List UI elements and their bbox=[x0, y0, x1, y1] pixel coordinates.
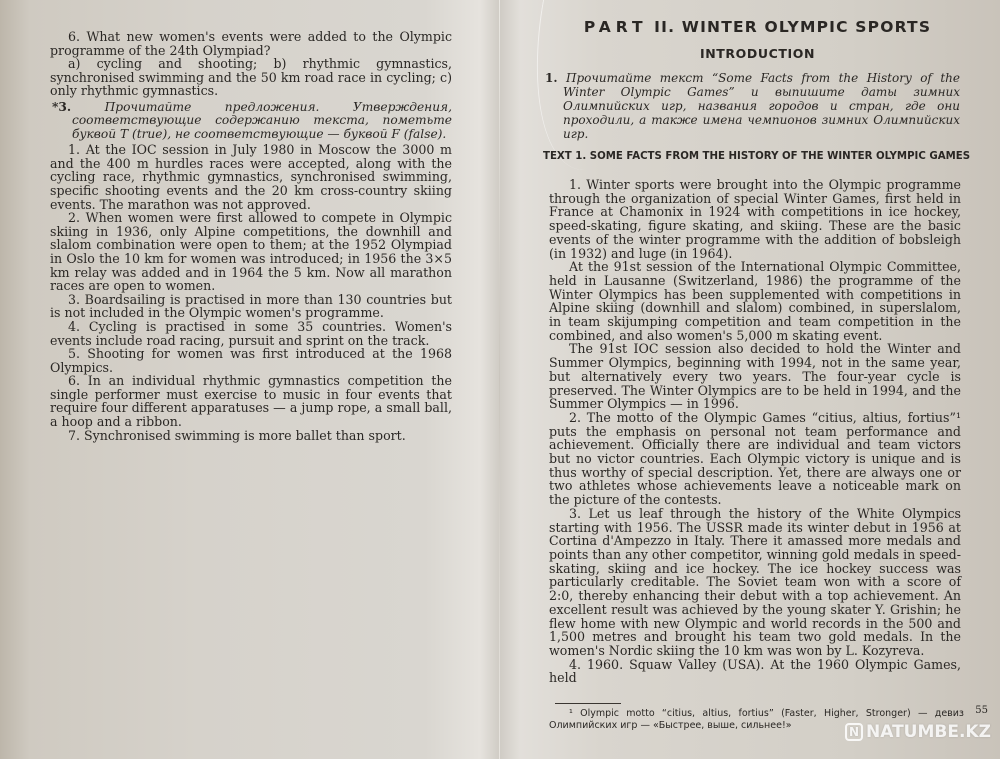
article-body: 1. Winter sports were brought into the O… bbox=[549, 178, 961, 685]
paragraph-2: At the 91st session of the International… bbox=[549, 260, 961, 342]
task-1-number: 1. bbox=[545, 71, 558, 85]
paragraph-3: The 91st IOC session also decided to hol… bbox=[549, 342, 961, 411]
statement-7: 7. Synchronised swimming is more ballet … bbox=[50, 429, 452, 443]
paragraph-4: 2. The motto of the Olympic Games “citiu… bbox=[549, 411, 961, 507]
left-page: 6. What new women's events were added to… bbox=[0, 0, 500, 759]
statement-3: 3. Boardsailing is practised in more tha… bbox=[50, 293, 452, 320]
watermark-text: NATUMBE.KZ bbox=[866, 722, 991, 742]
part-title: PART II. WINTER OLYMPIC SPORTS bbox=[555, 18, 960, 36]
paragraph-1: 1. Winter sports were brought into the O… bbox=[549, 178, 961, 260]
left-page-content: 6. What new women's events were added to… bbox=[50, 30, 452, 442]
statement-5: 5. Shooting for women was first introduc… bbox=[50, 347, 452, 374]
text-heading: TEXT 1. SOME FACTS FROM THE HISTORY OF T… bbox=[543, 151, 960, 162]
book-spread: 6. What new women's events were added to… bbox=[0, 0, 1000, 759]
part-label: PART bbox=[584, 18, 648, 36]
watermark: N NATUMBE.KZ bbox=[845, 722, 991, 742]
part-title-text: II. WINTER OLYMPIC SPORTS bbox=[654, 18, 931, 36]
statement-2: 2. When women were first allowed to comp… bbox=[50, 211, 452, 293]
task-1-instruction: Прочитайте текст “Some Facts from the Hi… bbox=[563, 71, 960, 141]
watermark-logo-icon: N bbox=[845, 723, 863, 741]
page-number: 55 bbox=[975, 705, 988, 716]
task-1: 1. Прочитайте текст “Some Facts from the… bbox=[543, 71, 960, 141]
statement-1: 1. At the IOC session in July 1980 in Mo… bbox=[50, 143, 452, 211]
paragraph-5: 3. Let us leaf through the history of th… bbox=[549, 507, 961, 658]
right-page-content: PART II. WINTER OLYMPIC SPORTS INTRODUCT… bbox=[555, 18, 960, 732]
task-3-number: *3. bbox=[52, 100, 71, 114]
paragraph-6: 4. 1960. Squaw Valley (USA). At the 1960… bbox=[549, 658, 961, 685]
footnote-divider bbox=[555, 703, 621, 704]
statement-6: 6. In an individual rhythmic gymnastics … bbox=[50, 374, 452, 428]
question-6: 6. What new women's events were added to… bbox=[50, 30, 452, 57]
section-title: INTRODUCTION bbox=[555, 46, 960, 61]
statement-4: 4. Cycling is practised in some 35 count… bbox=[50, 320, 452, 347]
task-3-instruction: Прочитайте предложения. Утверждения, соо… bbox=[72, 100, 452, 141]
question-6-options: a) cycling and shooting; b) rhythmic gym… bbox=[50, 57, 452, 98]
task-3: *3. Прочитайте предложения. Утверждения,… bbox=[50, 101, 452, 141]
